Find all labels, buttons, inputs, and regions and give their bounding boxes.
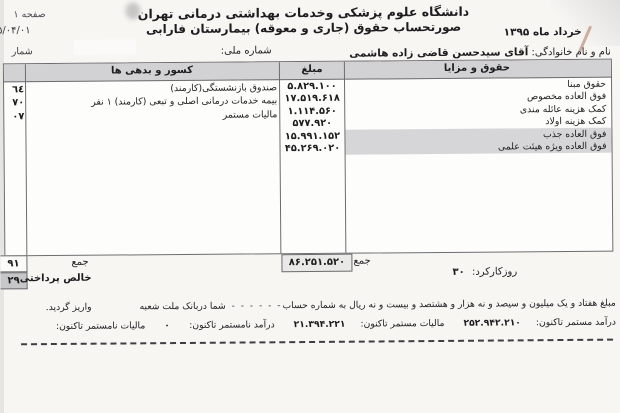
organization-title: دانشگاه علوم پزشکی وخدمات بهداشتی درمانی… [118,4,488,22]
earning-row-label: فوق العاده ویژه هیئت علمی [351,141,606,155]
stat-value: ۰ [164,320,174,331]
work-days: روزکارکرد: ۳۰ [452,266,517,278]
deduction-row-label: مالیات مستمر [27,108,282,123]
employee-name: آقای سیدحسن قاضی زاده هاشمی [349,46,528,59]
cumulative-stats-line: درآمد مستمر تاکنون: ۲۵۲.۹۴۲.۲۱۰ مالیات م… [31,317,616,333]
work-days-value: ۳۰ [452,267,464,278]
name-label: نام و نام خانوادگی: [531,47,610,59]
perforation-dashed-line [21,339,613,346]
payment-amount-in-words: مبلغ هفتاد و یک میلیون و سیصد و نه هزار … [282,298,615,312]
deductions-total-value-cut: ۹۱ [0,255,27,272]
earning-row-amount: ۱.۱۱۴.۵۶۰ [280,106,344,119]
deduction-row-amount-cut: ٦٤ [4,83,24,97]
deductions-header: کسور و بدهی ها [27,64,277,77]
earnings-header: حقوق و مزایا [345,62,609,75]
net-pay-label: خالص پرداختی [29,273,92,284]
deduction-row-amount-cut: ۰۷ [4,110,24,124]
payslip-scan-page: صفحه ۱ ۹۵/۰۴/۰۱ دانشگاه علوم پزشکی وخدما… [0,0,620,413]
employee-name-line: نام و نام خانوادگی: آقای سیدحسن قاضی زاد… [349,46,611,60]
national-id-label: شماره ملی: [221,45,272,56]
earning-row-amount: ۴۵.۲۶۹.۰۲۰ [281,143,345,156]
stat-noncontinuous-income: درآمد نامستمر تاکنون: ۰ [164,319,274,331]
payslip-sheet: صفحه ۱ ۹۵/۰۴/۰۱ دانشگاه علوم پزشکی وخدما… [0,0,620,413]
deposited-text: واریز گردید. [46,302,92,313]
stat-label: مالیات مستمر تاکنون: [360,318,444,330]
work-days-label: روزکارکرد: [472,266,517,277]
amount-header: مبلغ [280,64,344,76]
payment-sentence: مبلغ هفتاد و یک میلیون و سیصد و نه هزار … [46,298,616,313]
stat-value: ۲۱.۳۹۴.۲۲۱ [294,319,346,330]
earnings-total-label: جمع [353,256,370,267]
stat-label: درآمد نامستمر تاکنون: [189,319,274,331]
redacted-account-number: - - - - - - - - - - - - - - - - [226,301,283,311]
stat-continuous-income: درآمد مستمر تاکنون: ۲۵۲.۹۴۲.۲۱۰ [463,317,616,329]
stat-label: مالیات نامستمر تاکنون: [56,320,145,332]
print-date: ۹۵/۰۴/۰۱ [0,25,31,36]
stat-label: درآمد مستمر تاکنون: [536,317,616,329]
redacted-national-id [74,39,136,54]
earning-row-amount: ۱۷.۵۱۹.۶۱۸ [280,93,344,106]
earning-row-amount: ۵۷۷.۹۲۰ [280,118,344,131]
scan-smudge [125,2,140,19]
truncated-label-fragment: شمار [12,46,33,57]
earnings-total-value: ۸۶.۲۵۱.۵۲۰ [281,254,352,273]
statement-month: خرداد ماه ۱۳۹۵ [504,26,594,39]
stat-value: ۲۵۲.۹۴۲.۲۱۰ [463,317,521,328]
document-title: صورتحساب حقوق (جاری و معوقه) بیمارستان ف… [119,20,489,37]
salary-table: کسور و بدهی ها مبلغ حقوق و مزایا حقوق مب… [3,59,613,257]
bank-branch-text: شما دربانک ملت شعبه [140,301,226,313]
stat-continuous-tax: مالیات مستمر تاکنون: ۲۱.۳۹۴.۲۲۱ [294,318,445,330]
earning-row-amount: ۱۵.۹۹۱.۱۵۲ [280,130,344,143]
column-divider [344,62,347,253]
deduction-row-amount-cut: ۷۰ [4,97,24,111]
earning-row-amount: ۵.۸۲۹.۱۰۰ [280,81,344,94]
deductions-total-label: جمع [71,257,88,268]
page-number-label: صفحه ۱ [13,9,45,20]
stat-noncontinuous-tax: مالیات نامستمر تاکنون: [31,320,145,332]
